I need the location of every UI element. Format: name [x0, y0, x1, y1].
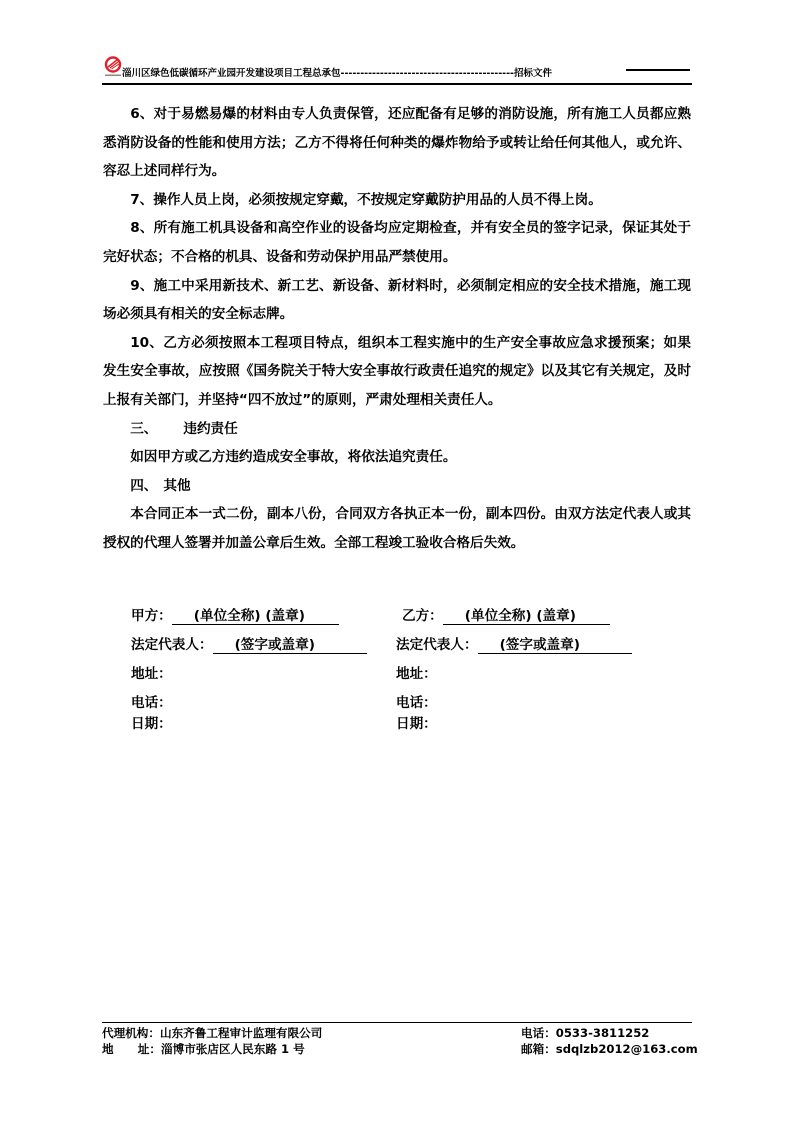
section-3-text: 如因甲方或乙方违约造成安全事故，将依法追究责任。 [103, 443, 691, 472]
section-3-title: 违约责任 [183, 421, 237, 437]
party-b-name-field: (单位全称) (盖章) [443, 609, 610, 625]
document-page: 淄川区绿色低碳循环产业园开发建设项目工程总承包-----------------… [0, 0, 793, 1121]
section-4-text: 本合同正本一式二份，副本八份，合同双方各执正本一份，副本四份。由双方法定代表人或… [103, 500, 691, 557]
footer-phone-label: 电话： [521, 1026, 556, 1040]
party-a-address: 地址： [131, 662, 172, 682]
party-a-label: 甲方： [131, 608, 172, 624]
footer-email-label: 邮箱： [521, 1042, 556, 1056]
party-b-phone: 电话： [396, 691, 437, 711]
party-a-name-line: 甲方：(单位全称) (盖章) [131, 604, 339, 625]
page-header: 淄川区绿色低碳循环产业园开发建设项目工程总承包-----------------… [102, 56, 690, 80]
header-short-rule [626, 69, 690, 71]
party-a-rep-field: (签字或盖章) [213, 638, 367, 654]
party-b-rep-field: (签字或盖章) [478, 638, 632, 654]
footer-email: 邮箱：sdqlzb2012@163.com [521, 1041, 698, 1057]
party-b-rep-line: 法定代表人：(签字或盖章) [396, 633, 632, 654]
party-b-rep-label: 法定代表人： [396, 637, 478, 653]
footer-address: 地 址：淄博市张店区人民东路 1 号 [102, 1041, 305, 1057]
party-b-date: 日期： [396, 712, 437, 732]
party-a-name-field: (单位全称) (盖章) [172, 609, 339, 625]
footer-agency-label: 代理机构： [102, 1026, 160, 1040]
footer-address-label: 地 址： [102, 1042, 161, 1056]
header-title: 淄川区绿色低碳循环产业园开发建设项目工程总承包-----------------… [122, 65, 552, 79]
footer-address-value: 淄博市张店区人民东路 1 号 [161, 1042, 305, 1056]
party-a-phone: 电话： [131, 691, 172, 711]
clause-8: 8、所有施工机具设备和高空作业的设备均应定期检查，并有安全员的签字记录，保证其处… [103, 214, 691, 271]
section-4-title: 其他 [163, 478, 190, 494]
clause-9: 9、施工中采用新技术、新工艺、新设备、新材料时，必须制定相应的安全技术措施，施工… [103, 272, 691, 329]
company-logo-icon [102, 56, 124, 78]
clause-7: 7、操作人员上岗，必须按规定穿戴，不按规定穿戴防护用品的人员不得上岗。 [103, 186, 691, 215]
section-4-heading: 四、其他 [103, 472, 691, 501]
party-a-date: 日期： [131, 712, 172, 732]
clause-6: 6、对于易燃易爆的材料由专人负责保管，还应配备有足够的消防设施，所有施工人员都应… [103, 100, 691, 186]
party-b-address: 地址： [396, 662, 437, 682]
clause-10: 10、乙方必须按照本工程项目特点，组织本工程实施中的生产安全事故应急求援预案；如… [103, 329, 691, 415]
section-4-number: 四、 [130, 478, 157, 494]
footer-phone-value: 0533-3811252 [556, 1026, 650, 1040]
party-a-rep-line: 法定代表人：(签字或盖章) [131, 633, 367, 654]
footer-phone: 电话：0533-3811252 [521, 1025, 649, 1041]
party-a-rep-label: 法定代表人： [131, 637, 213, 653]
party-b-name-line: 乙方：(单位全称) (盖章) [402, 604, 610, 625]
section-3-heading: 三、违约责任 [103, 415, 691, 444]
footer-agency: 代理机构：山东齐鲁工程审计监理有限公司 [102, 1025, 322, 1041]
party-b-label: 乙方： [402, 608, 443, 624]
header-divider [102, 83, 692, 85]
footer-email-value: sdqlzb2012@163.com [556, 1042, 698, 1056]
footer-divider [102, 1022, 692, 1023]
section-3-number: 三、 [130, 421, 157, 437]
footer-agency-value: 山东齐鲁工程审计监理有限公司 [160, 1026, 322, 1040]
document-body: 6、对于易燃易爆的材料由专人负责保管，还应配备有足够的消防设施，所有施工人员都应… [103, 100, 691, 558]
